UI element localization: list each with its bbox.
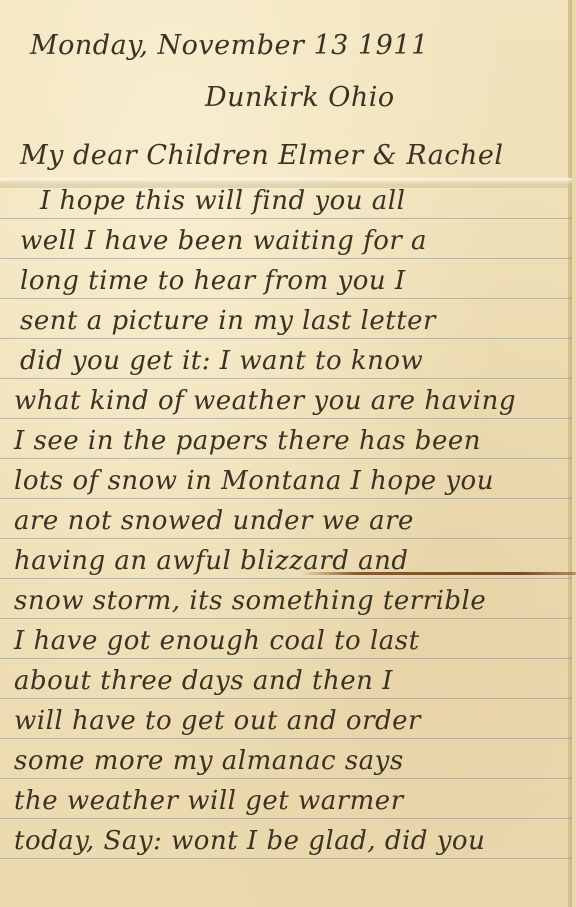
body-line: the weather will get warmer xyxy=(14,786,576,816)
letter-salutation: My dear Children Elmer & Rachel xyxy=(20,140,576,171)
body-line: are not snowed under we are xyxy=(14,506,576,536)
body-line: some more my almanac says xyxy=(14,746,576,776)
ruled-line xyxy=(0,698,572,699)
body-line: I see in the papers there has been xyxy=(14,426,576,456)
ruled-line xyxy=(0,618,572,619)
ruled-line xyxy=(0,858,572,859)
ruled-line xyxy=(0,218,572,219)
ruled-line xyxy=(0,578,572,579)
body-line: did you get it: I want to know xyxy=(20,346,576,376)
ruled-line xyxy=(0,538,572,539)
letter-date: Monday, November 13 1911 xyxy=(30,30,576,61)
body-line: I have got enough coal to last xyxy=(14,626,576,656)
body-line: I hope this will find you all xyxy=(40,186,576,216)
body-line: will have to get out and order xyxy=(14,706,576,736)
ruled-line xyxy=(0,418,572,419)
letter-place: Dunkirk Ohio xyxy=(205,82,576,113)
ruled-line xyxy=(0,298,572,299)
ruled-line xyxy=(0,378,572,379)
ruled-line xyxy=(0,738,572,739)
ruled-line xyxy=(0,338,572,339)
letter-page: Monday, November 13 1911 Dunkirk Ohio My… xyxy=(0,0,572,907)
body-line: what kind of weather you are having xyxy=(14,386,576,416)
ruled-line xyxy=(0,778,572,779)
ruled-line xyxy=(0,258,572,259)
body-line: snow storm, its something terrible xyxy=(14,586,576,616)
body-line: having an awful blizzard and xyxy=(14,546,576,576)
body-line: well I have been waiting for a xyxy=(20,226,576,256)
body-line: today, Say: wont I be glad, did you xyxy=(14,826,576,856)
body-line: sent a picture in my last letter xyxy=(20,306,576,336)
body-line: about three days and then I xyxy=(14,666,576,696)
ruled-line xyxy=(0,458,572,459)
body-line: lots of snow in Montana I hope you xyxy=(14,466,576,496)
ruled-line xyxy=(0,658,572,659)
body-line: long time to hear from you I xyxy=(20,266,576,296)
ruled-line xyxy=(0,818,572,819)
ruled-line xyxy=(0,498,572,499)
